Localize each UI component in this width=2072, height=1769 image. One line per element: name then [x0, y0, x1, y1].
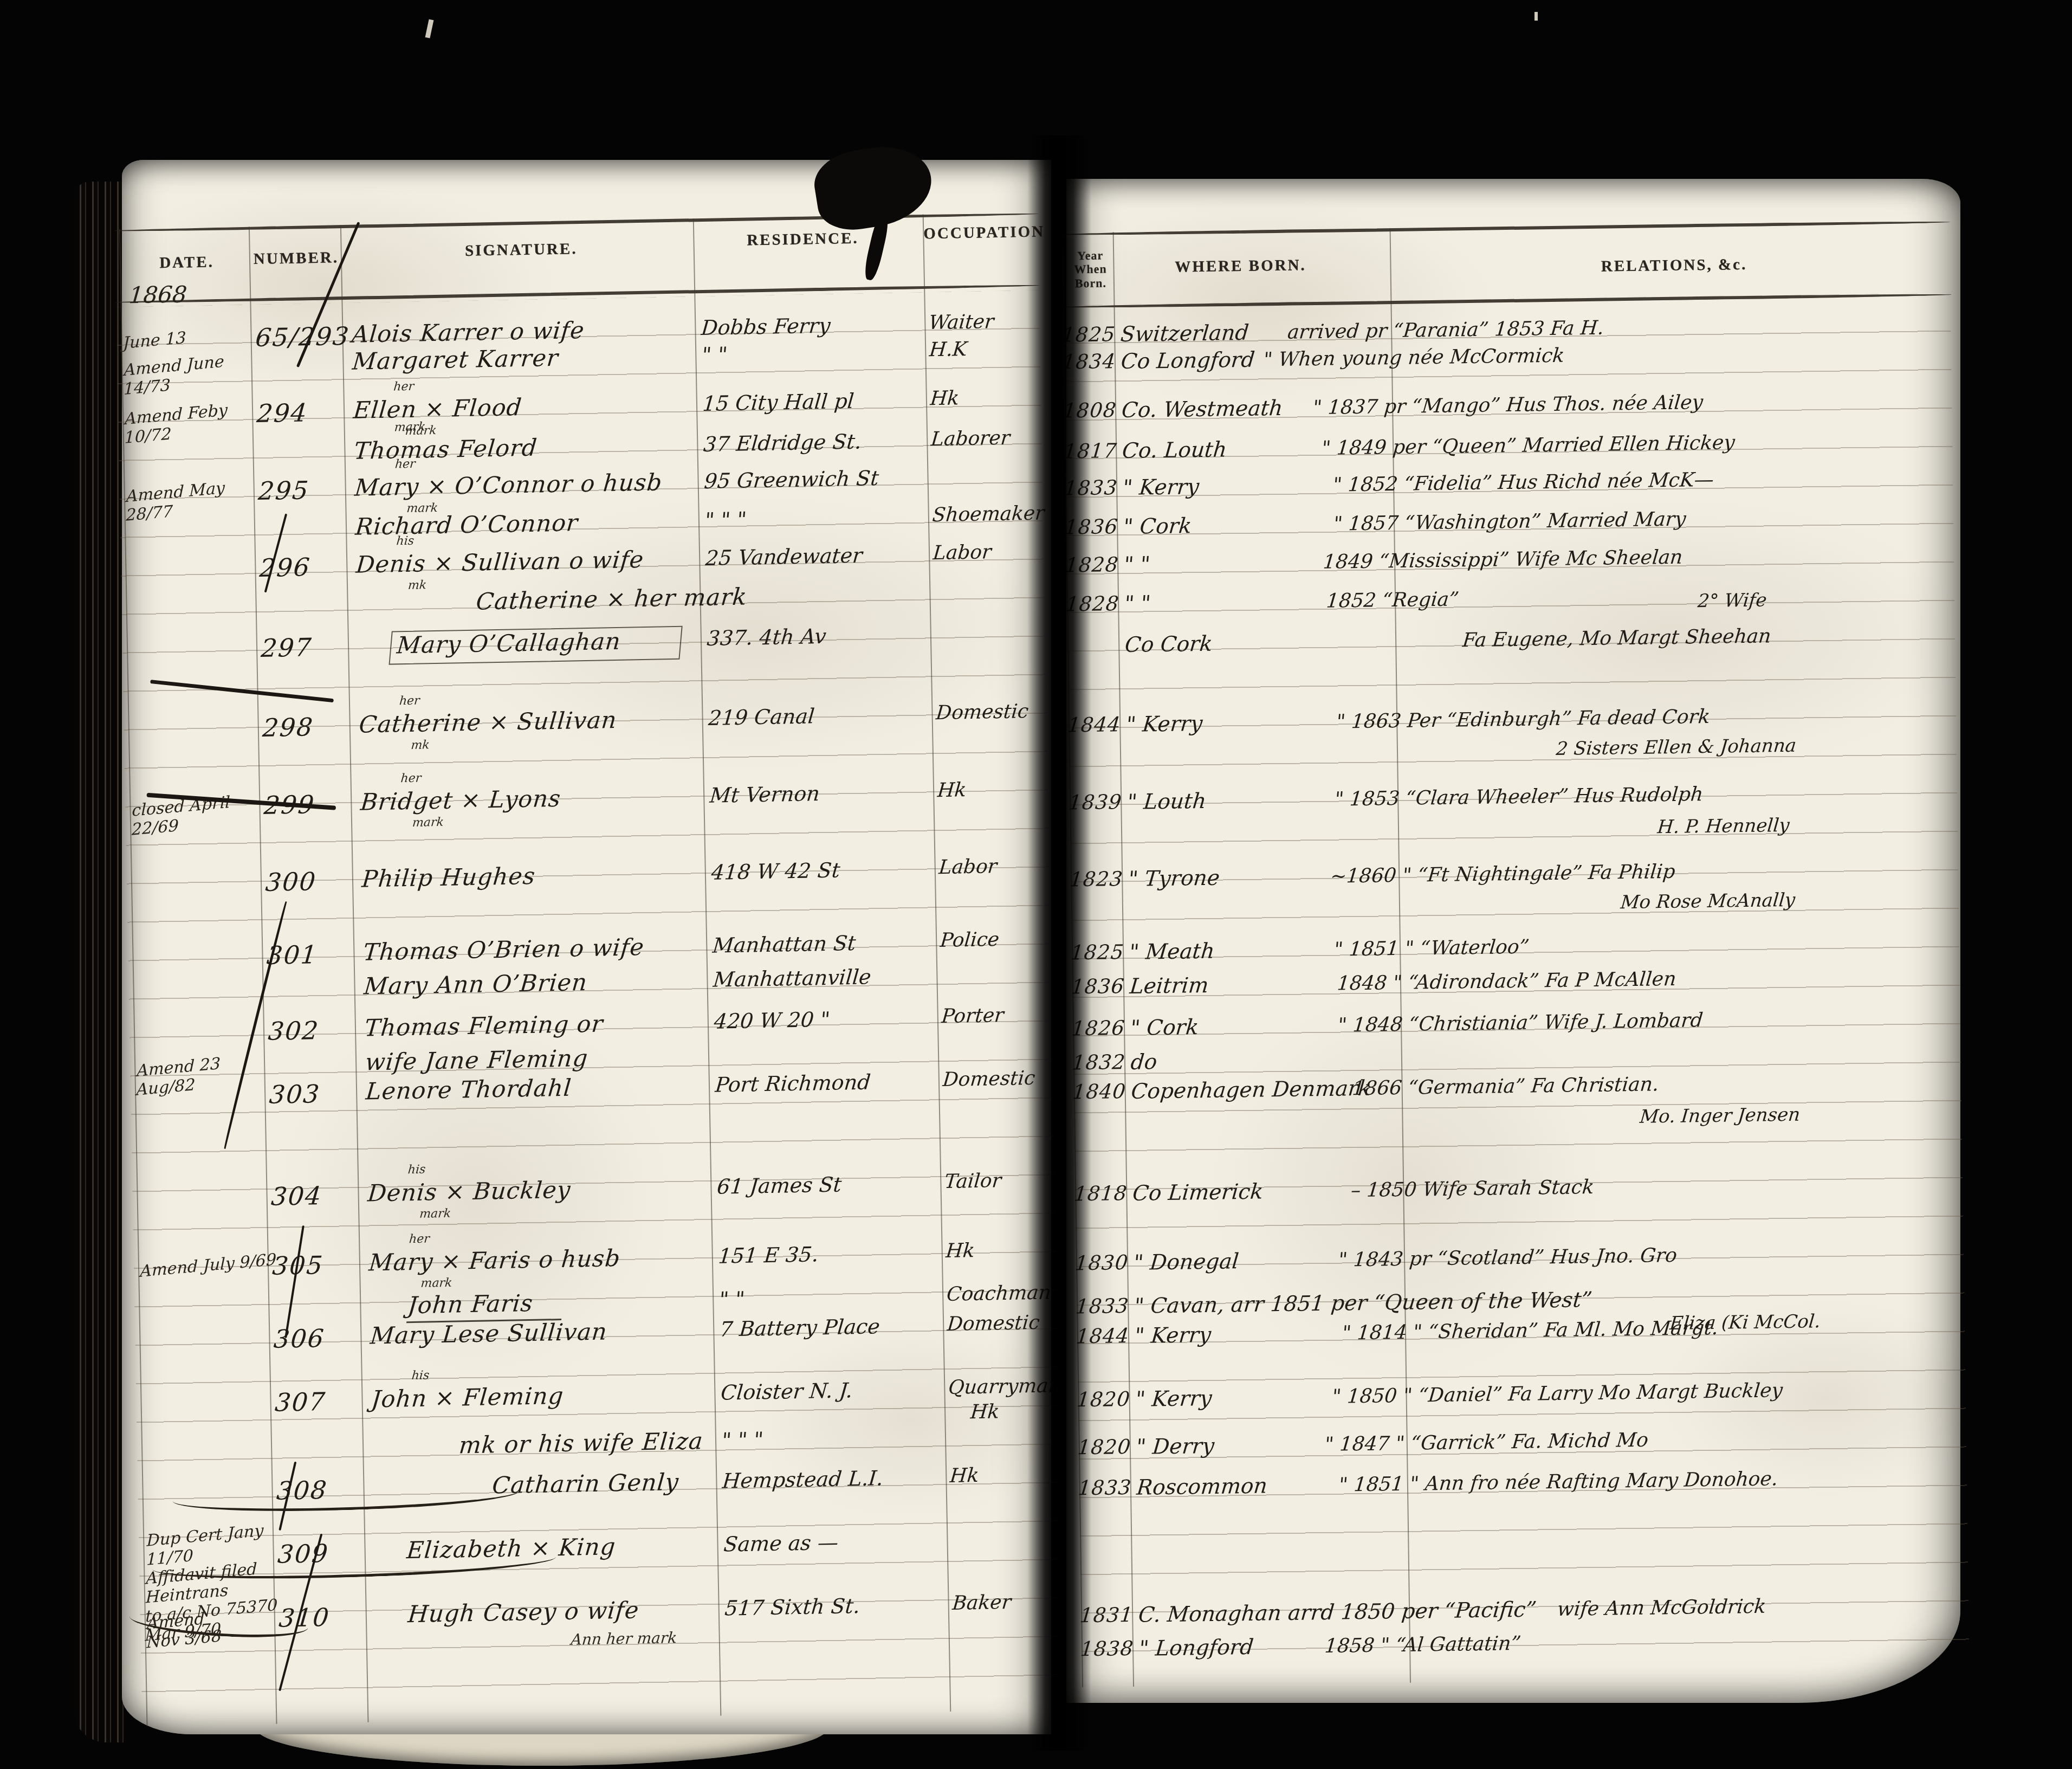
mark-note: his — [407, 1163, 426, 1177]
residence-cell: " " — [701, 343, 728, 367]
mark-note: mark — [420, 1276, 453, 1290]
signature-cell: Thomas Felord — [353, 435, 538, 465]
occupation-cell: Domestic — [946, 1312, 1040, 1335]
signature-cell: Catharin Genly — [491, 1469, 680, 1499]
relations-cell-2: Mo Rose McAnally — [1620, 889, 1796, 914]
left-page-content: DATE. NUMBER. SIGNATURE. RESIDENCE. OCCU… — [111, 151, 1069, 1742]
mark-note: her — [394, 457, 416, 472]
col-header-relations: RELATIONS, &c. — [1557, 255, 1790, 276]
relations-cell-2: 2 Sisters Ellen & Johanna — [1555, 735, 1797, 760]
number-cell: 300 — [264, 867, 318, 897]
where-born-cell: Roscommon — [1136, 1474, 1268, 1500]
where-born-cell: " Tyrone — [1127, 866, 1221, 892]
col-header-date: DATE. — [142, 253, 232, 273]
where-born-cell: Co Limerick — [1131, 1179, 1264, 1205]
ink-blotch — [810, 139, 937, 235]
relations-cell-2: Mo. Inger Jensen — [1639, 1104, 1801, 1128]
residence-cell: " " " — [704, 507, 747, 532]
residence-cell: Same as — — [723, 1531, 839, 1557]
residence-cell: 420 W 20 " — [713, 1008, 831, 1034]
residence-cell: 7 Battery Place — [718, 1314, 881, 1341]
where-born-cell: " Longford — [1138, 1635, 1254, 1661]
signature-cell: John Faris — [406, 1289, 564, 1323]
relations-cell: " When young née McCormick — [1262, 345, 1565, 371]
signature-cell: Mary × Faris o husb — [368, 1245, 621, 1277]
ledger-scan: DATE. NUMBER. SIGNATURE. RESIDENCE. OCCU… — [0, 0, 2072, 1769]
relations-cell: Fa Eugene, Mo Margt Sheehan — [1461, 625, 1772, 651]
residence-cell: Dobbs Ferry — [701, 314, 832, 340]
right-page: Year When Born. WHERE BORN. RELATIONS, &… — [1066, 179, 1960, 1703]
where-born-cell: Copenhagen Denmark — [1130, 1076, 1372, 1104]
mark-note: mark — [419, 1207, 451, 1221]
where-born-cell: Co. Westmeath — [1121, 396, 1284, 423]
occupation-cell: Domestic — [935, 700, 1029, 724]
signature-cell: Bridget × Lyons — [359, 785, 562, 816]
signature-cell: mk or his wife Eliza — [458, 1428, 704, 1459]
number-cell: 306 — [273, 1323, 326, 1354]
occupation-cell: Hk — [949, 1464, 980, 1487]
signature-cell: Margaret Karrer — [351, 345, 559, 376]
left-page: DATE. NUMBER. SIGNATURE. RESIDENCE. OCCU… — [122, 160, 1051, 1734]
where-born-cell: " Kerry — [1125, 712, 1203, 737]
occupation-cell: Laborer — [930, 427, 1011, 451]
occupation-cell: Hk — [969, 1400, 1000, 1423]
residence-cell: " " " — [721, 1428, 764, 1452]
relations-cell: wife Ann McGoldrick — [1556, 1596, 1767, 1620]
signature-cell: Alois Karrer o wife — [351, 317, 585, 348]
residence-cell: 151 E 35. — [717, 1242, 820, 1268]
right-rows: 1825Switzerlandarrived pr “Parania” 1853… — [1058, 173, 1952, 185]
where-born-cell: " Kerry — [1122, 475, 1200, 500]
right-page-content: Year When Born. WHERE BORN. RELATIONS, &… — [1058, 173, 1973, 1709]
occupation-cell: Hk — [936, 779, 967, 802]
residence-cell: 95 Greenwich St — [703, 466, 880, 493]
col-header-signature: SIGNATURE. — [415, 239, 627, 261]
mark-note: Ann her mark — [570, 1629, 678, 1649]
number-cell: 307 — [274, 1387, 327, 1417]
dust-speck — [425, 19, 434, 38]
mark-note: her — [409, 1232, 430, 1246]
where-born-cell: " Derry — [1135, 1434, 1215, 1460]
where-born-cell: Co Longford — [1120, 348, 1256, 375]
where-born-cell: " Kerry — [1134, 1323, 1212, 1348]
col-header-occupation: OCCUPATION — [923, 223, 1040, 243]
signature-cell: Lenore Thordahl — [365, 1075, 573, 1106]
number-cell: 297 — [260, 632, 313, 663]
where-born-cell: do — [1130, 1050, 1158, 1075]
where-born-cell: Switzerland — [1119, 321, 1249, 347]
mark-note: mark — [394, 420, 426, 434]
occupation-cell: H.K — [928, 338, 968, 361]
where-born-cell: Leitrim — [1129, 973, 1209, 999]
relations-cell-2: 2° Wife — [1697, 589, 1767, 612]
residence-cell: 337. 4th Av — [706, 624, 827, 650]
mark-note: his — [396, 534, 415, 548]
residence-cell: 15 City Hall pl — [702, 389, 855, 416]
residence-cell: 25 Vandewater — [704, 544, 863, 570]
residence-cell: 61 James St — [716, 1172, 843, 1198]
mark-note: her — [399, 694, 420, 708]
number-cell: 296 — [258, 552, 312, 583]
where-born-cell: " Meath — [1128, 939, 1215, 965]
residence-cell: Manhattanville — [713, 965, 872, 991]
occupation-cell: Porter — [941, 1004, 1005, 1028]
signature-cell: wife Jane Fleming — [364, 1045, 589, 1076]
signature-cell: Catherine × her mark — [475, 583, 748, 615]
occupation-cell: Tailor — [944, 1170, 1002, 1193]
occupation-cell: Hk — [945, 1239, 976, 1262]
col-header-number: NUMBER. — [249, 249, 344, 268]
number-cell: 303 — [268, 1079, 321, 1109]
residence-cell: 517 Sixth St. — [724, 1594, 861, 1620]
number-cell: 298 — [261, 712, 314, 743]
occupation-cell: Domestic — [942, 1067, 1036, 1091]
signature-cell: Thomas O’Brien o wife — [362, 934, 645, 966]
where-born-cell: " Kerry — [1135, 1386, 1213, 1412]
occupation-cell: Hk — [929, 387, 960, 410]
where-born-cell: " Louth — [1126, 789, 1207, 815]
relations-cell: " 1843 pr “Scotland” Hus Jno. Gro — [1337, 1244, 1678, 1271]
where-born-cell: " Cork — [1129, 1015, 1200, 1041]
mark-note: mk — [407, 578, 427, 592]
residence-cell: Port Richmond — [714, 1070, 871, 1096]
book-gutter — [1027, 135, 1091, 1751]
residence-cell: Manhattan St — [711, 931, 857, 958]
relations-cell: – 1850 Wife Sarah Stack — [1350, 1176, 1595, 1202]
signature-cell: Mary Lese Sullivan — [369, 1318, 608, 1350]
header-rule-top — [1061, 221, 1951, 236]
signature-cell: Mary × O’Connor o husb — [354, 469, 664, 501]
residence-cell: 418 W 42 St — [710, 858, 841, 884]
residence-cell: 37 Eldridge St. — [702, 430, 862, 456]
where-born-cell: Co. Louth — [1121, 437, 1228, 463]
signature-cell: Ellen × Flood — [352, 394, 523, 424]
number-cell: 304 — [270, 1181, 323, 1211]
signature-cell: Mary Ann O’Brien — [362, 969, 588, 1000]
signature-cell: Philip Hughes — [361, 863, 536, 893]
occupation-cell: Baker — [951, 1591, 1012, 1615]
relations-cell-2: H. P. Hennelly — [1656, 815, 1790, 838]
signature-cell: Thomas Fleming or — [364, 1010, 605, 1042]
relations-cell: 1852 “Regia” — [1325, 588, 1460, 612]
occupation-cell: Police — [939, 928, 1000, 952]
relations-cell: arrived pr “Parania” 1853 Fa H. — [1286, 317, 1604, 344]
residence-cell: Mt Vernon — [709, 782, 820, 808]
number-cell: 294 — [256, 398, 309, 428]
occupation-cell: Labor — [932, 541, 992, 564]
residence-cell: Cloister N. J. — [720, 1378, 854, 1405]
signature-cell: Catherine × Sullivan — [358, 707, 618, 739]
signature-cell: Denis × Sullivan o wife — [355, 546, 645, 579]
residence-cell: 219 Canal — [708, 704, 815, 730]
where-born-cell: " Donegal — [1132, 1249, 1240, 1275]
mark-note: mk — [410, 738, 430, 752]
where-born-cell: Co Cork — [1124, 632, 1213, 657]
relations-cell: 1858 " “Al Gattatin” — [1324, 1632, 1522, 1657]
mark-note: her — [393, 380, 415, 394]
mark-note: mark — [412, 816, 444, 830]
relations-cell: 1866 “Germania” Fa Christian. — [1351, 1073, 1660, 1100]
col-header-where-born: WHERE BORN. — [1135, 256, 1346, 276]
signature-cell: Mary O’Callaghan — [388, 626, 683, 665]
signature-cell: Hugh Casey o wife — [407, 1597, 640, 1628]
number-cell: 295 — [257, 475, 310, 506]
where-born-cell: " Cork — [1122, 514, 1193, 539]
where-born-cell: " " — [1123, 591, 1151, 616]
signature-cell: Denis × Buckley — [366, 1177, 572, 1208]
signature-cell: John × Fleming — [370, 1383, 565, 1413]
number-cell: 302 — [267, 1016, 320, 1046]
relations-cell: 1848 " “Adirondack” Fa P McAllen — [1336, 968, 1677, 995]
occupation-cell: Labor — [938, 855, 998, 879]
dust-speck — [1534, 12, 1538, 21]
signature-cell: Richard O’Connor — [354, 509, 579, 541]
residence-cell: Hempstead L.I. — [722, 1466, 884, 1493]
residence-cell: " " — [718, 1287, 746, 1312]
where-born-cell: " " — [1123, 552, 1151, 577]
relations-cell: " 1851 " “Waterloo” — [1333, 936, 1530, 961]
mark-note: her — [400, 772, 422, 786]
mark-note: his — [411, 1368, 430, 1383]
year-heading: 1868 — [128, 281, 188, 308]
occupation-cell: Waiter — [928, 311, 995, 334]
relations-cell: " 1847 " “Garrick” Fa. Michd Mo — [1324, 1429, 1649, 1456]
